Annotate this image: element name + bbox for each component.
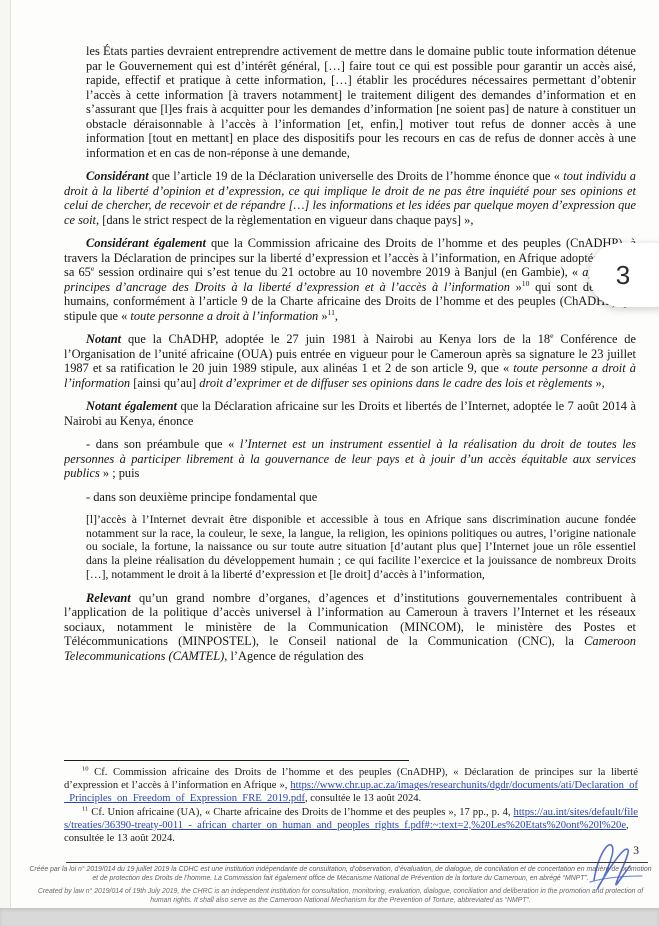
para-considerant-1: Considérant que l’article 19 de la Décla… [64, 169, 636, 227]
para-considerant-2: Considérant également que la Commission … [64, 236, 636, 323]
document-body: les États parties devraient entreprendre… [64, 44, 636, 756]
footnote-separator [64, 760, 409, 761]
para-notant-2: Notant également que la Déclaration afri… [64, 399, 636, 428]
footer-divider [66, 862, 648, 863]
footer-text-french: Créée par la loi n° 2019/014 du 19 juill… [29, 866, 652, 883]
para-internet-quote: [l]’accès à l’Internet devrait être disp… [86, 513, 636, 582]
page-number-bottom: 3 [633, 845, 639, 857]
pdf-viewer: les États parties devraient entreprendre… [0, 0, 659, 926]
page-footer: Créée par la loi n° 2019/014 du 19 juill… [29, 866, 652, 906]
page-indicator-pill[interactable]: 3 [589, 243, 659, 307]
para-relevant: Relevant qu’un grand nombre d’organes, d… [64, 591, 636, 664]
footnotes-section: 10 Cf. Commission africaine des Droits d… [64, 766, 638, 845]
footnote-11: 11 Cf. Union africaine (UA), « Charte af… [64, 806, 638, 846]
document-page: les États parties devraient entreprendre… [10, 0, 659, 908]
page-indicator-number: 3 [616, 260, 630, 291]
viewer-bottom-bar [0, 908, 659, 926]
para-principe-item: - dans son deuxième principe fondamental… [64, 490, 636, 505]
para-quote-intro: les États parties devraient entreprendre… [86, 44, 636, 160]
footnote-10: 10 Cf. Commission africaine des Droits d… [64, 766, 638, 806]
para-preambule-item: - dans son préambule que « l’Internet es… [64, 437, 636, 481]
para-notant-1: Notant que la ChADHP, adoptée le 27 juin… [64, 332, 636, 390]
footer-text-english: Created by law n° 2019/014 of 19th July … [29, 888, 652, 905]
